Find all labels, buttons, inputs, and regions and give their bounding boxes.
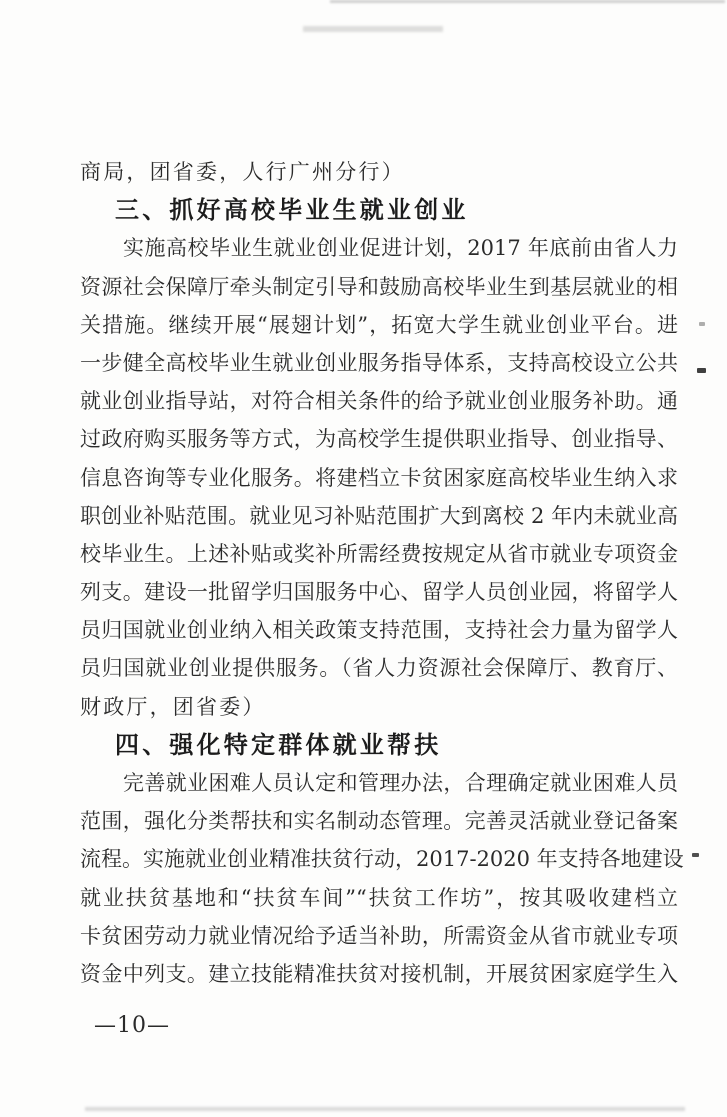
text-line: 职创业补贴范围。就业见习补贴范围扩大到离校 2 年内未就业高	[80, 497, 678, 535]
text-line: 流程。实施就业创业精准扶贫行动，2017-2020 年支持各地建设	[80, 840, 678, 878]
text-line: 过政府购买服务等方式，为高校学生提供职业指导、创业指导、	[80, 420, 678, 458]
text-line: 卡贫困劳动力就业情况给予适当补助，所需资金从省市就业专项	[80, 917, 678, 955]
text-line: 列支。建设一批留学归国服务中心、留学人员创业园，将留学人	[80, 573, 678, 611]
document-page: 商局，团省委，人行广州分行） 三、抓好高校毕业生就业创业 实施高校毕业生就业创业…	[0, 0, 727, 1117]
text-line: 完善就业困难人员认定和管理办法，合理确定就业困难人员	[80, 764, 678, 802]
text-line-continuation: 商局，团省委，人行广州分行）	[80, 153, 678, 191]
text-line: 就业扶贫基地和“扶贫车间”“扶贫工作坊”，按其吸收建档立	[80, 879, 678, 917]
text-line: 就业创业指导站，对符合相关条件的给予就业创业服务补助。通	[80, 382, 678, 420]
section-heading-3: 三、抓好高校毕业生就业创业	[80, 191, 678, 229]
document-body: 商局，团省委，人行广州分行） 三、抓好高校毕业生就业创业 实施高校毕业生就业创业…	[80, 153, 678, 993]
text-line: 校毕业生。上述补贴或奖补所需经费按规定从省市就业专项资金	[80, 535, 678, 573]
scan-artifact-speck	[699, 322, 705, 326]
scan-artifact-top-smudge	[303, 26, 443, 32]
scan-artifact-top-streak	[330, 0, 725, 3]
page-number: —10—	[94, 1010, 170, 1042]
scan-artifact-speck	[697, 368, 706, 373]
text-line: 资金中列支。建立技能精准扶贫对接机制，开展贫困家庭学生入	[80, 955, 678, 993]
text-line: 信息咨询等专业化服务。将建档立卡贫困家庭高校毕业生纳入求	[80, 459, 678, 497]
text-line: 财政厅，团省委）	[80, 688, 678, 726]
scan-artifact-bottom-streak	[85, 1107, 685, 1111]
text-line: 一步健全高校毕业生就业创业服务指导体系，支持高校设立公共	[80, 344, 678, 382]
scan-artifact-speck	[692, 853, 699, 857]
text-line: 实施高校毕业生就业创业促进计划，2017 年底前由省人力	[80, 229, 678, 267]
text-line: 范围，强化分类帮扶和实名制动态管理。完善灵活就业登记备案	[80, 802, 678, 840]
text-line: 员归国就业创业提供服务。（省人力资源社会保障厅、教育厅、	[80, 649, 678, 687]
text-line: 员归国就业创业纳入相关政策支持范围，支持社会力量为留学人	[80, 611, 678, 649]
text-line: 资源社会保障厅牵头制定引导和鼓励高校毕业生到基层就业的相	[80, 268, 678, 306]
section-heading-4: 四、强化特定群体就业帮扶	[80, 726, 678, 764]
text-line: 关措施。继续开展“展翅计划”，拓宽大学生就业创业平台。进	[80, 306, 678, 344]
